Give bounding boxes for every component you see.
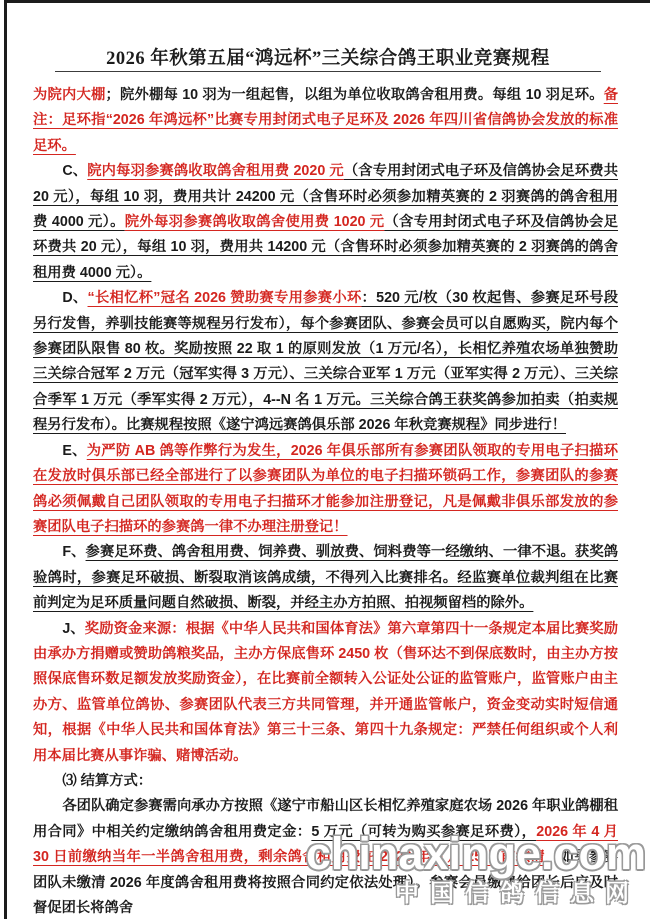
text-run: 5 万元（可转为购买参赛足环费）， [311,824,536,840]
text-run: 奖励资金来源：根据《中华人民共和国体育法》第六章第四十一条规定本届比赛奖励由承办… [33,621,618,764]
text-run: 参赛足环费、鸽舍租用费、饲养费、驯放费、饲料费等一经缴纳、一律不退。获奖鸽验鸽时… [33,544,618,611]
page-top-border [4,0,650,3]
paragraph: C、院内每羽参赛鸽收取鸽舍租用费 2020 元（含专用封闭式电子环及信鸽协会足环… [33,159,618,286]
text-run: E、 [62,443,86,459]
text-run: 为严防 AB 鸽等作弊行为发生，2026 年俱乐部所有参赛团队领取的专用电子扫描… [33,443,618,535]
text-run: “长相忆杯”冠名 2026 赞助赛专用参赛小环 [88,290,362,306]
text-run: 院外每羽参赛鸽收取鸽舍使用费 1020 元 [125,214,385,230]
text-run: C、 [62,163,87,179]
text-run: ⑶ 结算方式： [62,773,152,789]
text-run: ：520 元/枚（30 枚起售、参赛足环号段另行发售，养驯技能赛等规程另行发布）… [33,290,618,433]
text-run: F、 [62,544,85,560]
paragraph: D、“长相忆杯”冠名 2026 赞助赛专用参赛小环：520 元/枚（30 枚起售… [33,286,618,438]
paragraph: 为院内大棚；院外棚每 10 羽为一组起售，以组为单位收取鸽舍租用费。每组 10 … [33,83,618,159]
page-left-border [4,0,7,919]
document-body: 为院内大棚；院外棚每 10 羽为一组起售，以组为单位收取鸽舍租用费。每组 10 … [33,83,618,919]
paragraph: 各团队确定参赛需向承办方按照《遂宁市船山区长相忆养殖家庭农场 2026 年职业鸽… [33,794,618,919]
text-run: D、 [62,290,87,306]
paragraph: E、为严防 AB 鸽等作弊行为发生，2026 年俱乐部所有参赛团队领取的专用电子… [33,439,618,541]
paragraph: J、奖励资金来源：根据《中华人民共和国体育法》第六章第四十一条规定本届比赛奖励由… [33,617,618,769]
text-run: J、 [62,621,84,637]
paragraph: F、参赛足环费、鸽舍租用费、饲养费、驯放费、饲料费等一经缴纳、一律不退。获奖鸽验… [33,540,618,616]
text-run: 为院内大棚 [33,87,106,103]
document-page: 2026 年秋第五届“鸿远杯”三关综合鸽王职业竞赛规程 为院内大棚；院外棚每 1… [0,0,650,919]
text-run: ；院外棚每 10 羽为一组起售，以组为单位收取鸽舍租用费。每组 10 羽足环。 [106,87,604,103]
document-title: 2026 年秋第五届“鸿远杯”三关综合鸽王职业竞赛规程 [20,44,636,70]
paragraph: ⑶ 结算方式： [33,769,618,794]
title-divider [55,71,601,72]
text-run: 院内每羽参赛鸽收取鸽舍租用费 2020 元 [87,163,344,179]
